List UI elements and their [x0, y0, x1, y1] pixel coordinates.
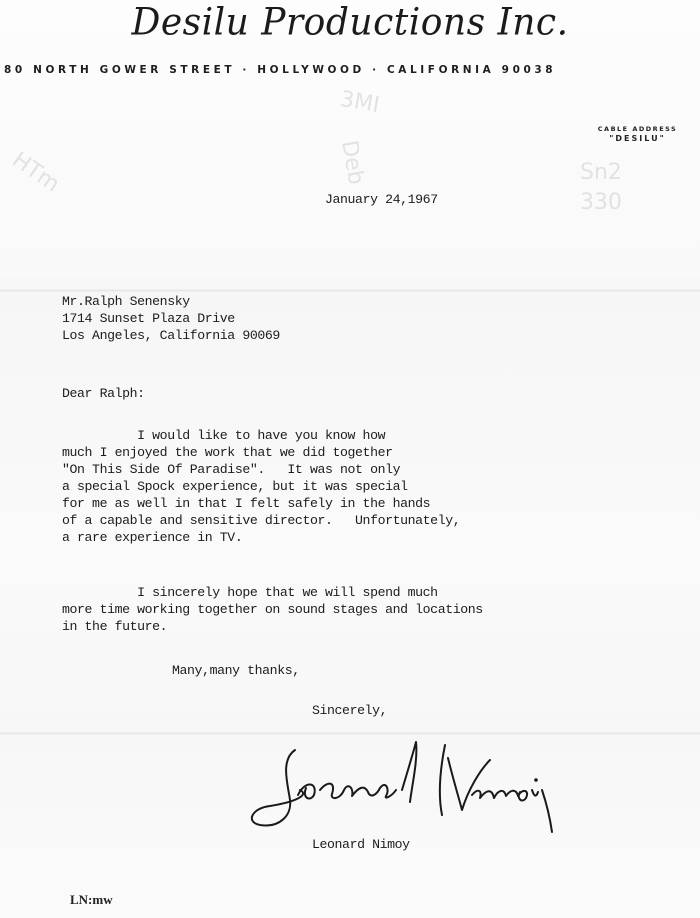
- letter-date: January 24,1967: [325, 191, 438, 208]
- body-line: a special Spock experience, but it was s…: [62, 478, 460, 495]
- body-line: a rare experience in TV.: [62, 529, 460, 546]
- pencil-annotation: 330: [580, 190, 622, 215]
- body-line: for me as well in that I felt safely in …: [62, 495, 460, 512]
- cable-address: CABLE ADDRESS "DESILU": [580, 124, 695, 144]
- pencil-annotation: Sn2: [580, 160, 622, 185]
- pencil-annotation: 3MI: [338, 87, 381, 118]
- recipient-street: 1714 Sunset Plaza Drive: [62, 310, 280, 327]
- closing-thanks: Many,many thanks,: [172, 662, 300, 679]
- recipient-name: Mr.Ralph Senensky: [62, 293, 280, 310]
- recipient-block: Mr.Ralph Senensky1714 Sunset Plaza Drive…: [62, 293, 280, 344]
- pencil-annotation: HTm: [7, 148, 63, 198]
- body-line: of a capable and sensitive director. Unf…: [62, 512, 460, 529]
- body-line: in the future.: [62, 618, 483, 635]
- salutation: Dear Ralph:: [62, 385, 145, 402]
- cable-address-value: "DESILU": [580, 134, 695, 144]
- body-line: "On This Side Of Paradise". It was not o…: [62, 461, 460, 478]
- closing-sincerely: Sincerely,: [312, 702, 387, 719]
- signer-name: Leonard Nimoy: [312, 836, 410, 853]
- handwritten-signature: [240, 740, 580, 840]
- letter-page: 3MI Deb Sn2 330 HTm Desilu Productions I…: [0, 0, 700, 918]
- body-line: much I enjoyed the work that we did toge…: [62, 444, 460, 461]
- company-logo: Desilu Productions Inc.: [0, 0, 700, 47]
- body-paragraph-1: I would like to have you know howmuch I …: [62, 427, 460, 546]
- recipient-city: Los Angeles, California 90069: [62, 327, 280, 344]
- company-address: 80 NORTH GOWER STREET · HOLLYWOOD · CALI…: [4, 64, 556, 76]
- paper-fold-line: [0, 732, 700, 735]
- paper-fold-line: [0, 289, 700, 292]
- body-line: I sincerely hope that we will spend much: [62, 584, 483, 601]
- typist-initials: LN:mw: [70, 892, 113, 908]
- pencil-annotation: Deb: [336, 138, 368, 186]
- body-paragraph-2: I sincerely hope that we will spend much…: [62, 584, 483, 635]
- body-line: I would like to have you know how: [62, 427, 460, 444]
- cable-address-label: CABLE ADDRESS: [580, 124, 695, 134]
- body-line: more time working together on sound stag…: [62, 601, 483, 618]
